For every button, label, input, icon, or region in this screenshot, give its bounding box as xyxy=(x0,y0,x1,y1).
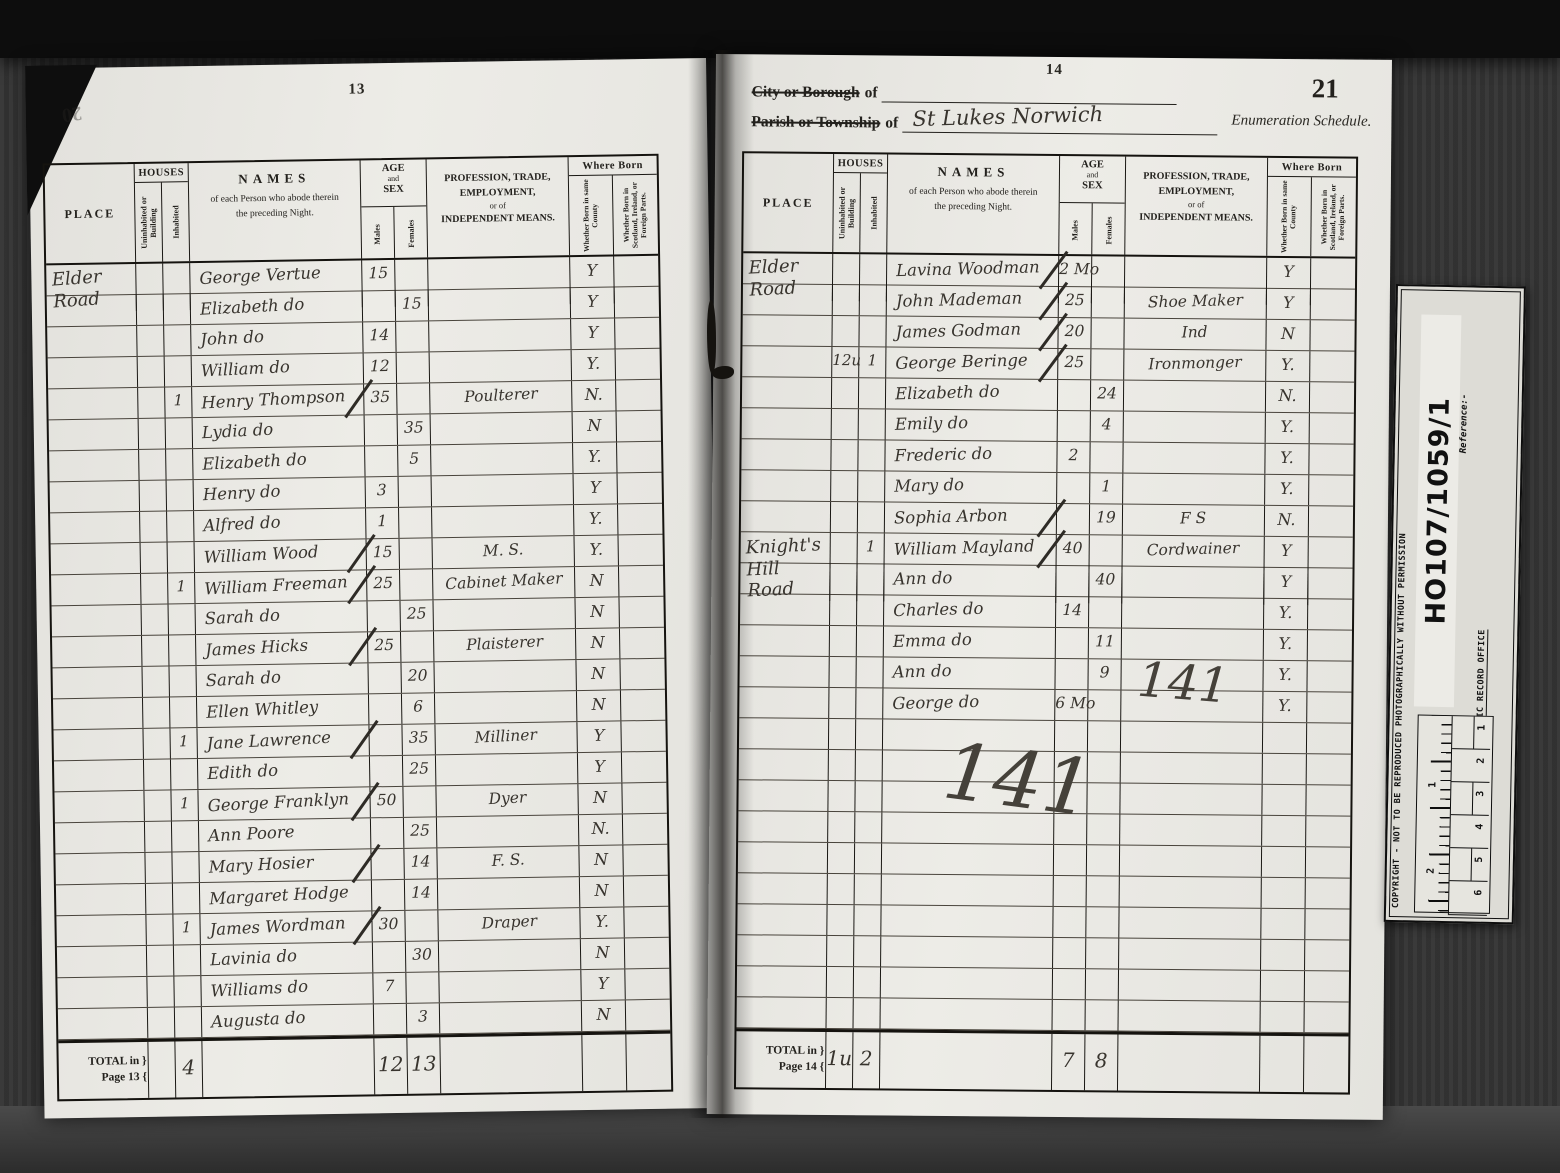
place-entry: Elder Road xyxy=(748,255,800,300)
born-county-entry: N. xyxy=(1277,510,1295,529)
profession-entry: Draper xyxy=(481,908,538,938)
name-entry: James Godman xyxy=(895,315,1021,345)
name-entry: Margaret Hodge xyxy=(209,878,350,912)
born-county-entry: N xyxy=(596,1005,610,1024)
born-county-entry: Y xyxy=(586,261,597,280)
column-header-born-same-county: Whether Born in same County xyxy=(1280,178,1298,254)
inhabited-entry: 1 xyxy=(173,391,183,409)
born-county-entry: Y. xyxy=(595,912,609,931)
table-header: PLACE HOUSES Uninhabited or Building Inh… xyxy=(743,153,1356,258)
name-entry: Henry do xyxy=(202,477,281,508)
born-county-entry: Y xyxy=(1283,293,1294,312)
name-entry: Ann do xyxy=(893,564,953,593)
column-header-inhabited: Inhabited xyxy=(869,196,878,229)
name-entry: William Mayland xyxy=(893,532,1035,563)
born-county-entry: Y xyxy=(598,974,609,993)
scan-background-top xyxy=(0,0,1560,58)
born-county-entry: N xyxy=(594,850,608,869)
age-female-entry: 35 xyxy=(404,418,424,436)
pen-scrawl-large: 141 xyxy=(938,726,1097,835)
corner-stamp: 20 xyxy=(60,101,83,127)
parish-name-entry: St Lukes Norwich xyxy=(912,102,1103,131)
age-male-entry: 30 xyxy=(379,915,399,933)
profession-entry: Cordwainer xyxy=(1147,535,1240,564)
born-county-entry: N xyxy=(590,602,604,621)
born-county-entry: Y. xyxy=(1279,603,1293,622)
ruler-inches: 1 2 xyxy=(1415,716,1453,915)
age-female-entry: 6 xyxy=(413,698,423,716)
column-header-houses: HOUSES Uninhabited or Building Inhabited xyxy=(833,154,888,252)
table-body: Elder Road George Vertue 15 Y Elizabe xyxy=(46,256,670,1041)
age-female-entry: 14 xyxy=(411,883,431,901)
age-female-entry: 19 xyxy=(1096,508,1116,526)
age-female-entry: 9 xyxy=(1100,663,1110,681)
born-county-entry: N xyxy=(591,695,605,714)
born-county-entry: Y. xyxy=(1280,479,1294,498)
name-entry: James Wordman xyxy=(209,909,346,943)
profession-entry: M. S. xyxy=(482,536,524,565)
reference-strip: COPYRIGHT - NOT TO BE REPRODUCED PHOTOGR… xyxy=(1384,284,1526,924)
enumeration-schedule-label: Enumeration Schedule. xyxy=(1231,113,1371,131)
name-entry: Sarah do xyxy=(204,601,281,632)
ruler-centimetres: 1 2 3 4 5 6 xyxy=(1449,716,1491,915)
born-county-entry: N xyxy=(594,881,608,900)
table-body: Elder Road Lavina Woodman 2 Mo Y John xyxy=(736,253,1355,1033)
born-county-entry: N xyxy=(590,571,604,590)
age-male-entry: 20 xyxy=(1065,322,1085,340)
column-header-names: NAMES of each Person who abode therein t… xyxy=(189,160,363,261)
column-header-uninhabited: Uninhabited or Building xyxy=(139,184,159,260)
name-entry: Lavinia do xyxy=(209,942,297,973)
total-inhabited: 2 xyxy=(860,1046,873,1070)
column-header-place: PLACE xyxy=(45,164,137,263)
age-female-entry: 24 xyxy=(1097,384,1117,402)
column-header-born-elsewhere: Whether Born in Scotland, Ireland, or Fo… xyxy=(622,176,649,252)
name-entry: John do xyxy=(200,323,265,353)
column-header-males: Males xyxy=(1071,220,1080,241)
total-males: 12 xyxy=(378,1052,404,1076)
age-female-entry: 30 xyxy=(412,945,432,963)
age-female-entry: 20 xyxy=(408,666,428,684)
age-male-entry: 25 xyxy=(373,574,393,592)
total-row: TOTAL in }Page 13 { 4 12 13 xyxy=(58,1031,671,1100)
born-county-entry: N xyxy=(591,633,605,652)
born-county-entry: Y. xyxy=(1280,448,1294,467)
place-entry: Knight's Hill Road xyxy=(745,534,831,602)
age-female-entry: 3 xyxy=(418,1007,428,1025)
born-county-entry: Y. xyxy=(586,354,600,373)
age-female-entry: 5 xyxy=(409,450,419,468)
born-county-entry: N xyxy=(593,788,607,807)
name-entry: Jane Lawrence xyxy=(206,724,332,757)
profession-entry: Dyer xyxy=(488,784,527,813)
profession-entry: Plaisterer xyxy=(466,628,544,659)
age-female-entry: 4 xyxy=(1102,415,1112,433)
born-county-entry: Y xyxy=(594,757,605,776)
column-header-place: PLACE xyxy=(743,153,834,252)
inhabited-entry: 1 xyxy=(182,918,192,936)
table-header: PLACE HOUSES Uninhabited or Building Inh… xyxy=(45,156,658,266)
age-female-entry: 25 xyxy=(407,604,427,622)
column-header-uninhabited: Uninhabited or Building xyxy=(837,175,856,251)
born-county-entry: N xyxy=(1281,324,1295,343)
age-male-entry: 25 xyxy=(374,636,394,654)
age-male-entry: 50 xyxy=(377,791,397,809)
age-female-entry: 14 xyxy=(411,852,431,870)
name-entry: Sarah do xyxy=(205,663,282,694)
name-entry: Emily do xyxy=(894,409,968,438)
age-male-entry: 3 xyxy=(377,481,387,499)
born-county-entry: Y xyxy=(587,292,598,311)
name-entry: Emma do xyxy=(893,626,973,655)
place-entry: Elder Road xyxy=(51,266,104,312)
name-entry: Augusta do xyxy=(210,1004,306,1036)
born-county-entry: N xyxy=(595,943,609,962)
age-male-entry: 40 xyxy=(1063,539,1083,557)
total-females: 8 xyxy=(1095,1048,1108,1072)
total-males: 7 xyxy=(1062,1048,1075,1072)
inhabited-entry: 1 xyxy=(866,537,876,555)
column-header-where-born: Where Born Whether Born in same County W… xyxy=(1267,158,1356,257)
profession-entry: Ironmonger xyxy=(1148,349,1242,378)
age-male-entry: 25 xyxy=(1065,291,1085,309)
column-header-males: Males xyxy=(373,224,383,245)
born-county-entry: N xyxy=(591,664,605,683)
column-header-age-sex: AGE and SEX Males Females xyxy=(361,159,429,258)
total-uninhabited: 1u xyxy=(826,1046,852,1070)
profession-entry: F S xyxy=(1180,505,1207,533)
age-male-entry: 35 xyxy=(370,388,390,406)
census-scan-scene: 20 13 PLACE HOUSES Uninhabited or Buildi… xyxy=(0,0,1560,1173)
column-header-where-born: Where Born Whether Born in same County W… xyxy=(569,156,659,255)
age-female-entry: 1 xyxy=(1101,477,1111,495)
inhabited-entry: 1 xyxy=(176,577,186,595)
born-county-entry: Y xyxy=(1283,262,1294,281)
name-entry: William Freeman xyxy=(204,568,349,602)
name-entry: William do xyxy=(200,353,290,384)
pen-scrawl-small: 141 xyxy=(1135,652,1231,715)
born-county-entry: N. xyxy=(1278,386,1296,405)
column-header-profession: PROFESSION, TRADE, EMPLOYMENT, or of IND… xyxy=(427,157,571,257)
reference-number-panel: HO107/1059/1 xyxy=(1414,314,1462,707)
age-male-entry: 1 xyxy=(377,512,387,530)
name-entry: Elizabeth do xyxy=(199,291,305,323)
age-female-entry: 11 xyxy=(1095,632,1115,650)
name-entry: Ann Poore xyxy=(208,818,296,849)
profession-entry: Cabinet Maker xyxy=(444,565,563,598)
inhabited-entry: 1 xyxy=(179,732,189,750)
census-table-right: PLACE HOUSES Uninhabited or Building Inh… xyxy=(734,151,1358,1094)
uninhabited-entry: 12u xyxy=(832,351,861,369)
age-male-entry: 15 xyxy=(373,543,393,561)
born-county-entry: Y xyxy=(1281,541,1292,560)
born-county-entry: Y xyxy=(594,726,605,745)
age-male-entry: 14 xyxy=(369,326,389,344)
name-entry: Mary Hosier xyxy=(208,848,314,880)
name-entry: William Wood xyxy=(203,538,319,571)
born-county-entry: Y xyxy=(590,478,601,497)
profession-entry: F. S. xyxy=(491,846,526,875)
born-county-entry: Y. xyxy=(589,509,603,528)
page-number: 14 xyxy=(1046,62,1063,79)
name-entry: Mary do xyxy=(894,471,964,500)
born-county-entry: Y. xyxy=(1278,665,1292,684)
name-entry: George do xyxy=(892,688,980,717)
name-entry: Elizabeth do xyxy=(895,378,1000,408)
column-header-houses: HOUSES Uninhabited or Building Inhabited xyxy=(135,163,191,262)
born-county-entry: Y xyxy=(1281,572,1292,591)
age-female-entry: 15 xyxy=(402,294,422,312)
born-county-entry: Y. xyxy=(1278,696,1292,715)
age-male-entry: 14 xyxy=(1062,601,1082,619)
inhabited-entry: 1 xyxy=(180,794,190,812)
column-header-inhabited: Inhabited xyxy=(171,205,181,238)
census-page-13: 20 13 PLACE HOUSES Uninhabited or Buildi… xyxy=(28,58,722,1119)
city-borough-line: City or Borough of xyxy=(752,82,1177,105)
born-county-entry: N. xyxy=(585,385,603,404)
name-entry: Edith do xyxy=(207,757,279,788)
total-label: TOTAL in }Page 14 { xyxy=(766,1044,825,1076)
name-entry: Williams do xyxy=(210,973,309,1005)
folio-number: 21 xyxy=(1312,73,1339,104)
born-county-entry: Y. xyxy=(1280,417,1294,436)
age-male-entry: 12 xyxy=(370,357,390,375)
name-entry: George Beringe xyxy=(895,346,1028,376)
ink-blot xyxy=(707,300,716,374)
parish-township-line: Parish or Township of St Lukes Norwich xyxy=(751,112,1217,135)
column-header-age-sex: AGE and SEX Males Females xyxy=(1059,156,1126,255)
column-header-names: NAMES of each Person who abode therein t… xyxy=(887,155,1060,254)
inhabited-entry: 1 xyxy=(867,351,877,369)
age-male-entry: 25 xyxy=(1064,353,1084,371)
column-header-profession: PROFESSION, TRADE, EMPLOYMENT, or of IND… xyxy=(1125,157,1268,256)
name-entry: George Vertue xyxy=(199,259,322,292)
census-table-left: PLACE HOUSES Uninhabited or Building Inh… xyxy=(43,154,674,1102)
public-record-office-label: PUBLIC RECORD OFFICE xyxy=(1475,500,1495,740)
age-male-entry: 15 xyxy=(368,264,388,282)
born-county-entry: Y. xyxy=(1281,355,1295,374)
total-females: 13 xyxy=(411,1051,437,1075)
column-header-females: Females xyxy=(406,220,416,248)
age-female-entry: 35 xyxy=(409,728,429,746)
born-county-entry: Y. xyxy=(589,540,603,559)
born-county-entry: Y. xyxy=(1278,634,1292,653)
reference-label: Reference:- xyxy=(1459,303,1478,453)
column-header-born-same-county: Whether Born in same County xyxy=(582,177,600,253)
name-entry: Ellen Whitley xyxy=(206,693,319,726)
name-entry: Frederic do xyxy=(894,440,992,470)
age-male-entry: 2 xyxy=(1068,446,1078,464)
born-county-entry: N xyxy=(587,416,601,435)
city-borough-blank xyxy=(881,83,1176,105)
name-entry: Lavina Woodman xyxy=(896,253,1040,284)
page-number: 13 xyxy=(348,81,365,98)
name-entry: Lydia do xyxy=(201,416,274,447)
column-header-born-elsewhere: Whether Born in Scotland, Ireland, or Fo… xyxy=(1320,179,1347,255)
table-row xyxy=(736,997,1348,1033)
name-entry: Henry Thompson xyxy=(201,382,346,416)
measurement-ruler: 1 2 1 2 3 4 5 6 xyxy=(1414,714,1494,913)
column-header-females: Females xyxy=(1104,216,1113,244)
age-female-entry: 25 xyxy=(409,759,429,777)
name-entry: Sophia Arbon xyxy=(894,502,1008,532)
profession-entry: Poulterer xyxy=(463,380,538,411)
age-female-entry: 40 xyxy=(1095,570,1115,588)
name-entry: Alfred do xyxy=(203,508,282,539)
profession-entry: Shoe Maker xyxy=(1147,287,1243,316)
total-inhabited: 4 xyxy=(182,1055,195,1079)
total-row: TOTAL in }Page 14 { 1u 2 7 8 xyxy=(736,1028,1348,1092)
reference-number: HO107/1059/1 xyxy=(1420,397,1455,625)
name-entry: Ann do xyxy=(892,657,952,686)
name-entry: John Mademan xyxy=(896,284,1023,314)
born-county-entry: Y. xyxy=(588,447,602,466)
profession-entry: Ind xyxy=(1182,319,1209,347)
born-county-entry: N. xyxy=(591,819,609,838)
age-male-entry: 7 xyxy=(384,977,394,995)
name-entry: Charles do xyxy=(893,595,984,624)
profession-entry: Milliner xyxy=(474,722,538,752)
born-county-entry: Y xyxy=(587,323,598,342)
name-entry: James Hicks xyxy=(205,632,309,664)
age-female-entry: 25 xyxy=(410,821,430,839)
page-fold-shadow xyxy=(688,50,754,1118)
total-label: TOTAL in }Page 13 { xyxy=(88,1054,147,1086)
name-entry: Elizabeth do xyxy=(202,446,308,478)
name-entry: George Franklyn xyxy=(207,785,350,819)
census-page-14: 14 21 Enumeration Schedule. City or Boro… xyxy=(707,54,1392,1120)
